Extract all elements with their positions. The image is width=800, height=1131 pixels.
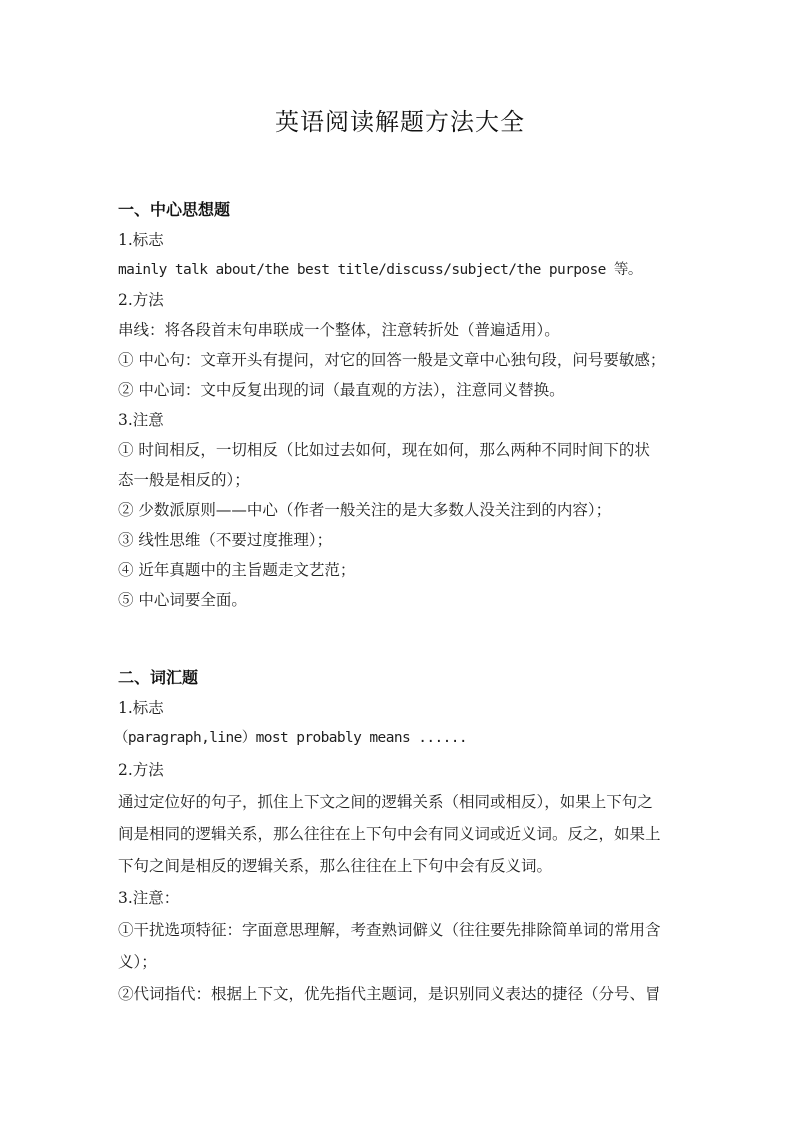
- section-heading-vocabulary: 二、词汇题: [118, 668, 198, 688]
- subheading-sign: 1.标志: [118, 230, 164, 250]
- subheading-notes: 3.注意：: [118, 888, 179, 908]
- method-line: 下句之间是相反的逻辑关系，那么往往在上下句中会有反义词。: [118, 856, 552, 876]
- subheading-sign: 1.标志: [118, 698, 164, 718]
- sign-text: （paragraph,line）most probably means ....…: [114, 728, 467, 748]
- method-line: 通过定位好的句子，抓住上下文之间的逻辑关系（相同或相反），如果上下句之: [118, 792, 653, 812]
- section-heading-main-idea: 一、中心思想题: [118, 200, 230, 220]
- note-line: ④ 近年真题中的主旨题走文艺范；: [118, 560, 355, 580]
- sign-text: mainly talk about/the best title/discuss…: [118, 260, 642, 280]
- subheading-method: 2.方法: [118, 290, 164, 310]
- method-line: ① 中心句：文章开头有提问，对它的回答一般是文章中心独句段，问号要敏感；: [118, 350, 665, 370]
- subheading-method: 2.方法: [118, 760, 164, 780]
- note-line: 态一般是相反的）；: [118, 470, 250, 490]
- document-page: 英语阅读解题方法大全 一、中心思想题 1.标志 mainly talk abou…: [0, 0, 800, 1131]
- note-line: ②代词指代：根据上下文，优先指代主题词，是识别同义表达的捷径（分号、冒: [118, 984, 661, 1004]
- note-line: ② 少数派原则——中心（作者一般关注的是大多数人没关注到的内容）；: [118, 500, 611, 520]
- subheading-notes: 3.注意: [118, 410, 164, 430]
- note-line: ③ 线性思维（不要过度推理）；: [118, 530, 332, 550]
- note-line: 义）；: [118, 952, 157, 972]
- method-line: ② 中心词：文中反复出现的词（最直观的方法），注意同义替换。: [118, 380, 565, 400]
- note-line: ① 时间相反，一切相反（比如过去如何，现在如何，那么两种不同时间下的状: [118, 440, 650, 460]
- method-line: 间是相同的逻辑关系，那么往往在上下句中会有同义词或近义词。反之，如果上: [118, 824, 661, 844]
- method-line: 串线：将各段首末句串联成一个整体，注意转折处（普遍适用）。: [118, 320, 560, 340]
- note-line: ⑤ 中心词要全面。: [118, 590, 247, 610]
- document-title: 英语阅读解题方法大全: [0, 102, 800, 137]
- note-line: ①干扰选项特征：字面意思理解，考查熟词僻义（往往要先排除简单词的常用含: [118, 920, 661, 940]
